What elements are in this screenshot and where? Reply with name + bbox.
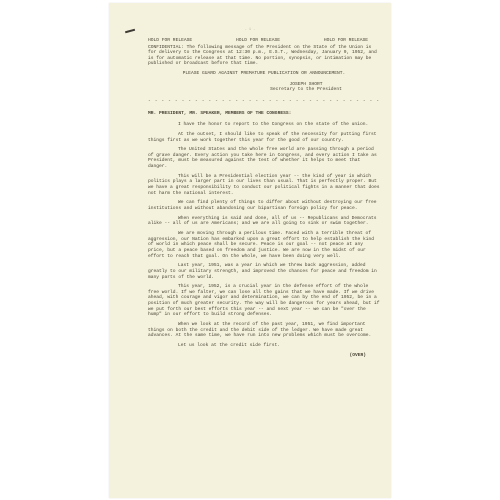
paragraph: The United States and the whole free wor… xyxy=(148,147,380,169)
document-page: - 1 - HOLD FOR RELEASE HOLD FOR RELEASE … xyxy=(109,3,391,498)
salutation: MR. PRESIDENT, MR. SPEAKER, MEMBERS OF T… xyxy=(148,111,380,117)
document-content: HOLD FOR RELEASE HOLD FOR RELEASE HOLD F… xyxy=(148,38,380,358)
paragraph: Last year, 1951, was a year in which we … xyxy=(148,263,380,280)
hold-for-release-right: HOLD FOR RELEASE xyxy=(324,38,368,44)
paragraph: This year, 1952, is a crucial year in th… xyxy=(148,284,380,318)
hold-for-release-center: HOLD FOR RELEASE xyxy=(236,38,280,44)
hold-for-release-left: HOLD FOR RELEASE xyxy=(148,38,192,44)
paragraph: At the outset, I should like to speak of… xyxy=(148,132,380,143)
paragraph: I have the honor to report to the Congre… xyxy=(148,122,380,128)
page-number: - 1 - xyxy=(109,28,391,34)
divider: - - - - - - - - - - - - - - - - - - - - … xyxy=(148,99,380,105)
guard-notice: PLEASE GUARD AGAINST PREMATURE PUBLICATI… xyxy=(148,71,380,77)
paragraph: This will be a Presidential election yea… xyxy=(148,174,380,196)
over-label: (OVER) xyxy=(148,353,366,359)
signature-title: Secretary to the President xyxy=(266,87,346,93)
paragraph: When we look at the record of the past y… xyxy=(148,322,380,339)
paragraph: When everything is said and done, all of… xyxy=(148,216,380,227)
paragraph: Let us look at the credit side first. xyxy=(148,343,380,349)
paragraph: We can find plenty of things to differ a… xyxy=(148,200,380,211)
hold-for-release-row: HOLD FOR RELEASE HOLD FOR RELEASE HOLD F… xyxy=(148,38,368,44)
confidential-notice: CONFIDENTIAL: The following message of t… xyxy=(148,45,380,67)
signature-block: JOSEPH SHORT Secretary to the President xyxy=(266,82,346,93)
paragraph: We are moving through a perilous time. F… xyxy=(148,231,380,259)
